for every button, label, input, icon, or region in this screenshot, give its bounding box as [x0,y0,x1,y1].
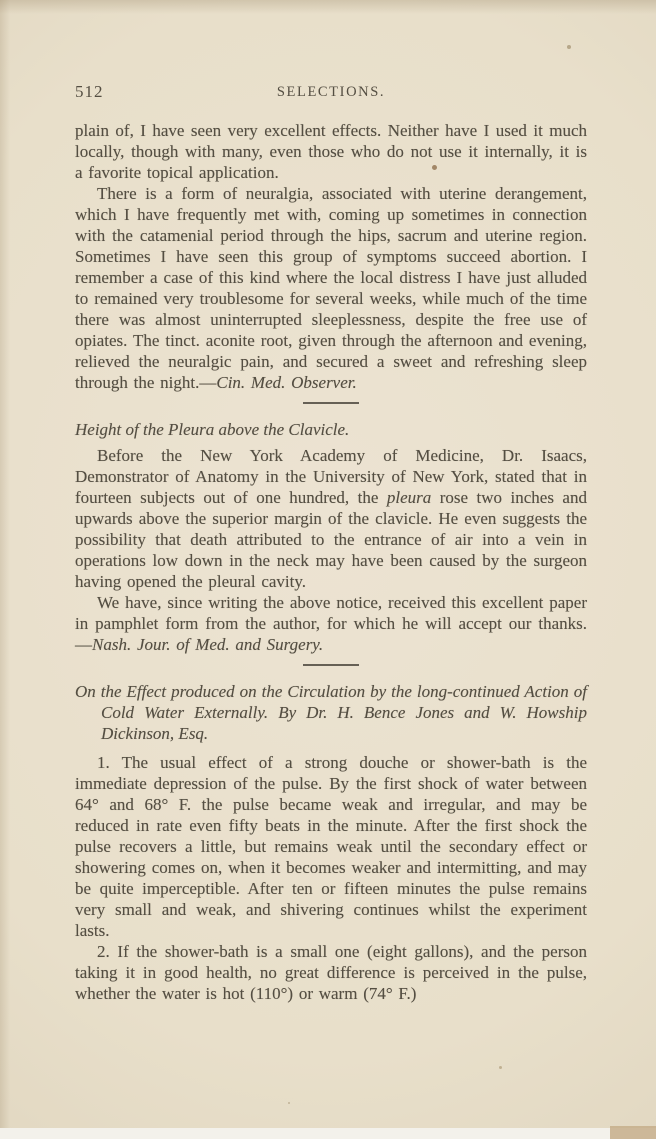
italic-term: pleura [387,488,431,507]
section-divider [303,664,359,666]
page-edge-shading-top [0,0,656,14]
running-header: 512 SELECTIONS. [75,82,587,99]
paper-speck [432,165,437,170]
section-divider [303,402,359,404]
section-title: Height of the Pleura above the Clavicle. [75,419,587,440]
paragraph-text: There is a form of neuralgia, associated… [75,184,587,392]
paragraph: 2. If the shower-bath is a small one (ei… [75,941,587,1004]
section-title: On the Effect produced on the Circulatio… [75,681,587,744]
paragraph: There is a form of neuralgia, associated… [75,183,587,393]
paper-speck [288,1102,290,1104]
page-body: plain of, I have seen very excellent eff… [75,120,587,1004]
journal-citation: Cin. Med. Observer. [216,373,356,392]
text-block: 512 SELECTIONS. plain of, I have seen ve… [75,82,587,1004]
paragraph: 1. The usual effect of a strong douche o… [75,752,587,941]
page-edge-shading-left [0,0,10,1139]
running-head-title: SELECTIONS. [75,82,587,101]
paragraph: We have, since writing the above notice,… [75,592,587,655]
book-page: 512 SELECTIONS. plain of, I have seen ve… [0,0,656,1139]
paper-speck [567,45,571,49]
scan-edge-corner [610,1126,656,1139]
paper-speck [499,1066,502,1069]
page-number: 512 [75,82,104,102]
journal-citation: Nash. Jour. of Med. and Surgery. [92,635,323,654]
paragraph: Before the New York Academy of Medicine,… [75,445,587,592]
scan-edge [0,1128,656,1139]
paragraph: plain of, I have seen very excellent eff… [75,120,587,183]
